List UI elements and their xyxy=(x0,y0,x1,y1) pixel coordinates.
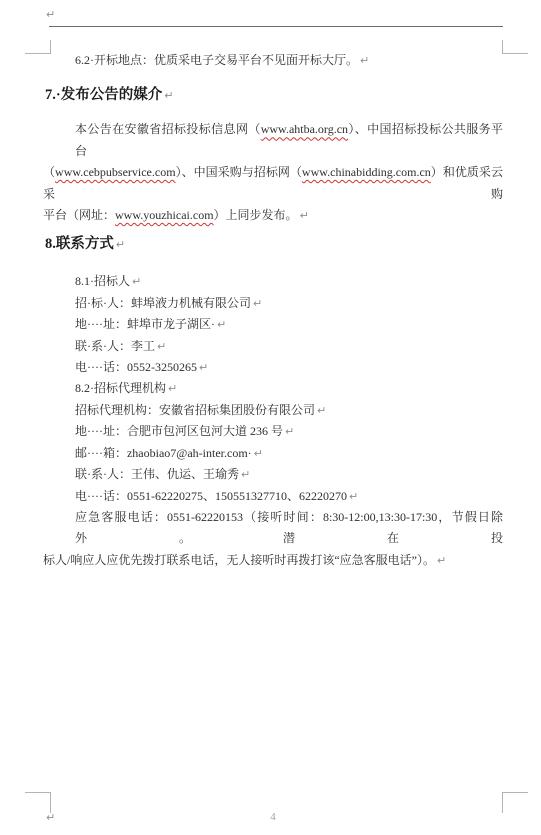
text-run: 联·系·人：李工 xyxy=(75,339,155,353)
paragraph-mark: ↵ xyxy=(315,404,326,417)
text-line: 电····话：0552-3250265↵ xyxy=(43,357,503,378)
paragraph-mark: ↵ xyxy=(435,554,446,567)
paragraph-mark: ↵ xyxy=(162,89,173,102)
page-number: 4 xyxy=(43,811,503,823)
paragraph-mark: ↵ xyxy=(114,238,125,251)
text-run: 邮····箱：zhaobiao7@ah-inter.com· xyxy=(75,446,252,460)
paragraph-mark: ↵ xyxy=(298,209,309,222)
text-run: 地····址：合肥市包河区包河大道 236 号 xyxy=(75,424,283,438)
text-run: 8.1·招标人 xyxy=(75,274,130,288)
text-line: 地····址：合肥市包河区包河大道 236 号↵ xyxy=(43,421,503,442)
text-line: 8.2·招标代理机构↵ xyxy=(43,378,503,399)
document-body-text[interactable]: 6.2·开标地点：优质采电子交易平台不见面开标大厅。↵7.·发布公告的媒介↵本公… xyxy=(43,50,503,571)
url-text: www.cebpubservice.com xyxy=(55,165,176,179)
url-text: www.chinabidding.com.cn xyxy=(302,165,431,179)
paragraph-mark: ↵ xyxy=(166,382,177,395)
text-run: ）、中国采购与招标网（ xyxy=(176,165,302,179)
text-run: ）上同步发布。 xyxy=(214,208,298,222)
text-line: 本公告在安徽省招标投标信息网（www.ahtba.org.cn）、中国招标投标公… xyxy=(43,119,503,162)
text-run: 8.2·招标代理机构 xyxy=(75,381,166,395)
text-run: 8.联系方式 xyxy=(45,236,114,252)
section-heading: 8.联系方式↵ xyxy=(43,232,503,257)
paragraph-mark: ↵ xyxy=(239,468,250,481)
text-line: （www.cebpubservice.com）、中国采购与招标网（www.chi… xyxy=(43,162,503,205)
paragraph-mark: ↵ xyxy=(347,490,358,503)
text-line: 标人/响应人应优先拨打联系电话，无人接听时再拨打该“应急客服电话”）。↵ xyxy=(43,550,503,571)
text-run: 招标代理机构：安徽省招标集团股份有限公司 xyxy=(75,403,315,417)
text-run: 7.·发布公告的媒介 xyxy=(45,87,162,103)
text-run: （ xyxy=(43,165,55,179)
text-boundary-mark-bottom-left xyxy=(25,792,51,813)
paragraph-mark: ↵ xyxy=(197,361,208,374)
url-text: www.youzhicai.com xyxy=(115,208,214,222)
text-run: 地····址：蚌埠市龙子湖区· xyxy=(75,317,215,331)
paragraph-mark: ↵ xyxy=(283,425,294,438)
text-line: 电····话：0551-62220275、150551327710、622202… xyxy=(43,486,503,507)
text-run: 电····话：0552-3250265 xyxy=(75,360,197,374)
text-line: 地····址：蚌埠市龙子湖区·↵ xyxy=(43,314,503,335)
text-run: 应急客服电话：0551-62220153（接听时间：8:30-12:00,13:… xyxy=(75,510,503,545)
text-run: 平台（网址： xyxy=(43,208,115,222)
text-line: 8.1·招标人↵ xyxy=(43,271,503,292)
text-boundary-mark-top-right xyxy=(502,40,528,54)
text-run: 电····话：0551-62220275、150551327710、622202… xyxy=(75,489,347,503)
text-run: 标人/响应人应优先拨打联系电话，无人接听时再拨打该“应急客服电话”）。 xyxy=(43,553,435,567)
paragraph-mark: ↵ xyxy=(252,447,263,460)
text-line: 联·系·人：王伟、仇运、王瑜秀↵ xyxy=(43,464,503,485)
text-line: 应急客服电话：0551-62220153（接听时间：8:30-12:00,13:… xyxy=(43,507,503,550)
header-border-line xyxy=(49,26,503,27)
paragraph-mark: ↵ xyxy=(358,54,369,67)
section-heading: 7.·发布公告的媒介↵ xyxy=(43,83,503,108)
text-run: 6.2·开标地点：优质采电子交易平台不见面开标大厅。 xyxy=(75,53,358,67)
text-line: 邮····箱：zhaobiao7@ah-inter.com·↵ xyxy=(43,443,503,464)
paragraph-mark: ↵ xyxy=(251,297,262,310)
text-boundary-mark-bottom-right xyxy=(502,792,528,813)
document-page: ↵ 6.2·开标地点：优质采电子交易平台不见面开标大厅。↵7.·发布公告的媒介↵… xyxy=(0,0,541,835)
text-run: 招·标·人：蚌埠液力机械有限公司 xyxy=(75,296,251,310)
text-line: 招标代理机构：安徽省招标集团股份有限公司↵ xyxy=(43,400,503,421)
paragraph-mark: ↵ xyxy=(130,275,141,288)
text-line: 6.2·开标地点：优质采电子交易平台不见面开标大厅。↵ xyxy=(43,50,503,71)
url-text: www.ahtba.org.cn xyxy=(261,122,348,136)
paragraph-mark: ↵ xyxy=(155,340,166,353)
paragraph-mark: ↵ xyxy=(215,318,226,331)
text-run: 联·系·人：王伟、仇运、王瑜秀 xyxy=(75,467,239,481)
text-line: 联·系·人：李工↵ xyxy=(43,336,503,357)
header-paragraph-mark: ↵ xyxy=(46,9,55,20)
text-line: 平台（网址：www.youzhicai.com）上同步发布。↵ xyxy=(43,205,503,226)
text-run: 本公告在安徽省招标投标信息网（ xyxy=(75,122,261,136)
text-line: 招·标·人：蚌埠液力机械有限公司↵ xyxy=(43,293,503,314)
